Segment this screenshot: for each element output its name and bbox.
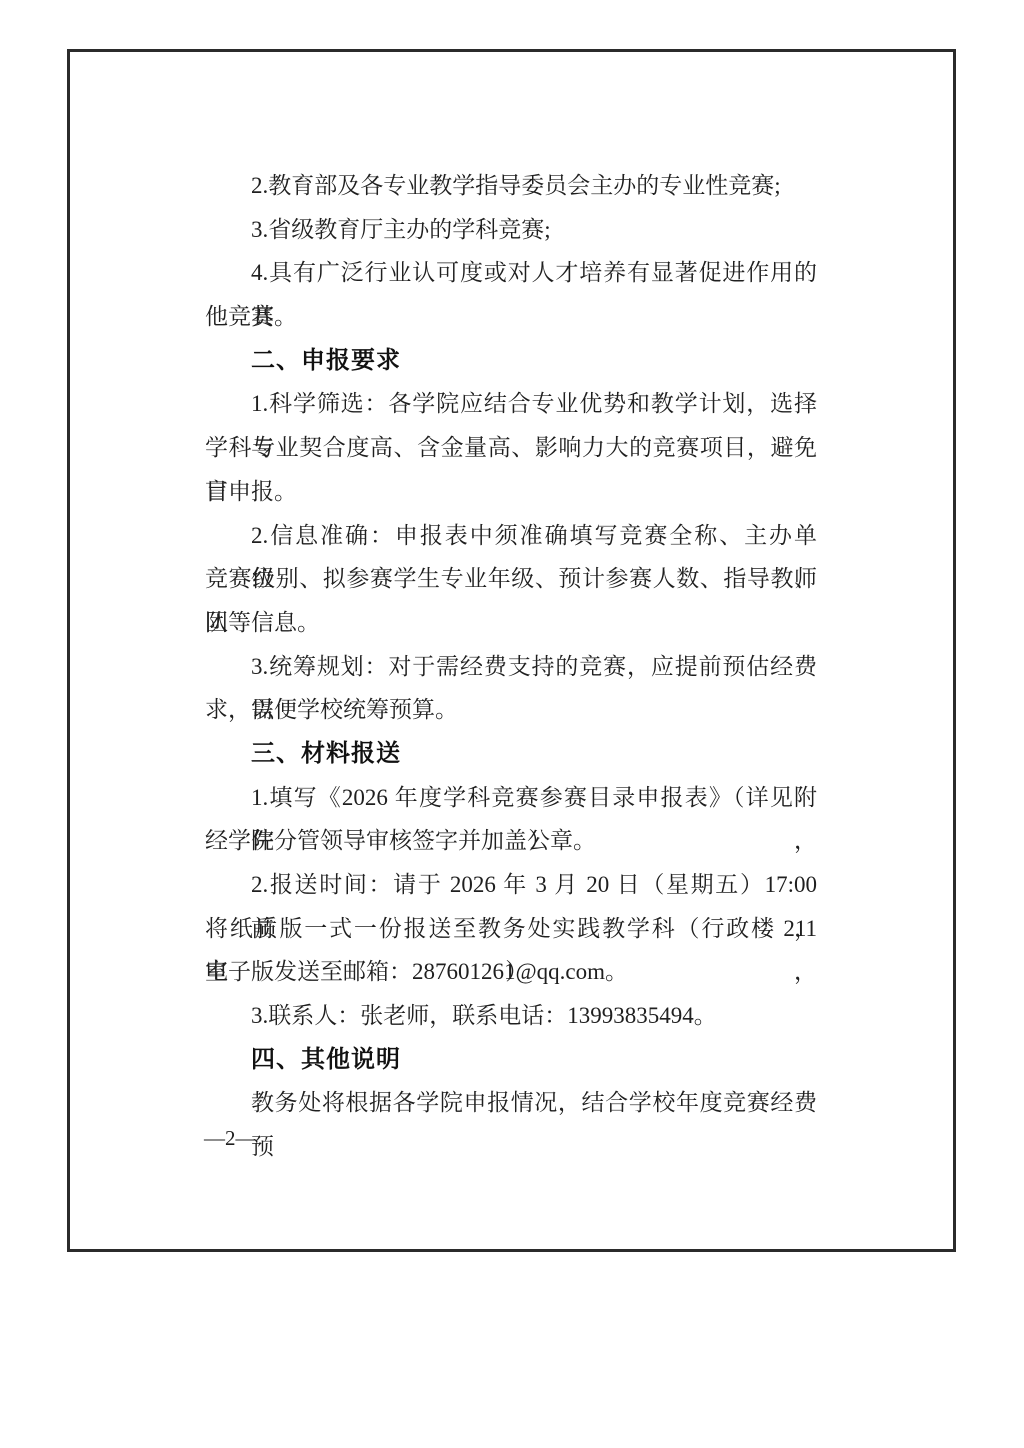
body-line: 3.统筹规划：对于需经费支持的竞赛，应提前预估经费需 [205, 645, 817, 689]
body-line: 教务处将根据各学院申报情况，结合学校年度竞赛经费预 [205, 1081, 817, 1125]
body-line: 队等信息。 [205, 601, 817, 645]
section-heading: 三、材料报送 [205, 732, 817, 776]
body-line: 竞赛级别、拟参赛学生专业年级、预计参赛人数、指导教师团 [205, 557, 817, 601]
paragraph: 1.科学筛选：各学院应结合专业优势和教学计划，选择与学科专业契合度高、含金量高、… [205, 382, 817, 513]
body-line: 目申报。 [205, 470, 817, 514]
body-line: 3.省级教育厅主办的学科竞赛; [205, 208, 817, 252]
paragraph: 1.填写《2026 年度学科竞赛参赛目录申报表》（详见附件），经学院分管领导审核… [205, 776, 817, 863]
paragraph: 3.联系人：张老师，联系电话：13993835494。 [205, 994, 817, 1038]
heading-line: 二、申报要求 [205, 339, 817, 383]
body-line: 将纸质版一式一份报送至教务处实践教学科（行政楼 211 室）， [205, 907, 817, 951]
paragraph: 3.统筹规划：对于需经费支持的竞赛，应提前预估经费需求，以便学校统筹预算。 [205, 645, 817, 732]
body-line: 4.具有广泛行业认可度或对人才培养有显著促进作用的其 [205, 251, 817, 295]
body-line: 2.报送时间：请于 2026 年 3 月 20 日（星期五）17:00 前， [205, 863, 817, 907]
body-line: 1.科学筛选：各学院应结合专业优势和教学计划，选择与 [205, 382, 817, 426]
body-line: 学科专业契合度高、含金量高、影响力大的竞赛项目，避免盲 [205, 426, 817, 470]
paragraph: 教务处将根据各学院申报情况，结合学校年度竞赛经费预 [205, 1081, 817, 1125]
page-number: —2— [204, 1124, 257, 1152]
body-line: 1.填写《2026 年度学科竞赛参赛目录申报表》（详见附件）， [205, 776, 817, 820]
body-line: 2.教育部及各专业教学指导委员会主办的专业性竞赛; [205, 164, 817, 208]
section-heading: 四、其他说明 [205, 1038, 817, 1082]
paragraph: 4.具有广泛行业认可度或对人才培养有显著促进作用的其他竞赛。 [205, 251, 817, 338]
paragraph: 2.教育部及各专业教学指导委员会主办的专业性竞赛; [205, 164, 817, 208]
paragraph: 2.信息准确：申报表中须准确填写竞赛全称、主办单位、竞赛级别、拟参赛学生专业年级… [205, 514, 817, 645]
heading-line: 三、材料报送 [205, 732, 817, 776]
body-line: 2.信息准确：申报表中须准确填写竞赛全称、主办单位、 [205, 514, 817, 558]
body-line: 他竞赛。 [205, 295, 817, 339]
paragraph: 3.省级教育厅主办的学科竞赛; [205, 208, 817, 252]
paragraph: 2.报送时间：请于 2026 年 3 月 20 日（星期五）17:00 前，将纸… [205, 863, 817, 994]
document-content: 2.教育部及各专业教学指导委员会主办的专业性竞赛;3.省级教育厅主办的学科竞赛;… [205, 164, 817, 1125]
body-line: 3.联系人：张老师，联系电话：13993835494。 [205, 994, 817, 1038]
body-line: 求，以便学校统筹预算。 [205, 688, 817, 732]
document-page: { "page": { "number_label": "—2—", "colo… [0, 0, 1024, 1448]
heading-line: 四、其他说明 [205, 1038, 817, 1082]
section-heading: 二、申报要求 [205, 339, 817, 383]
